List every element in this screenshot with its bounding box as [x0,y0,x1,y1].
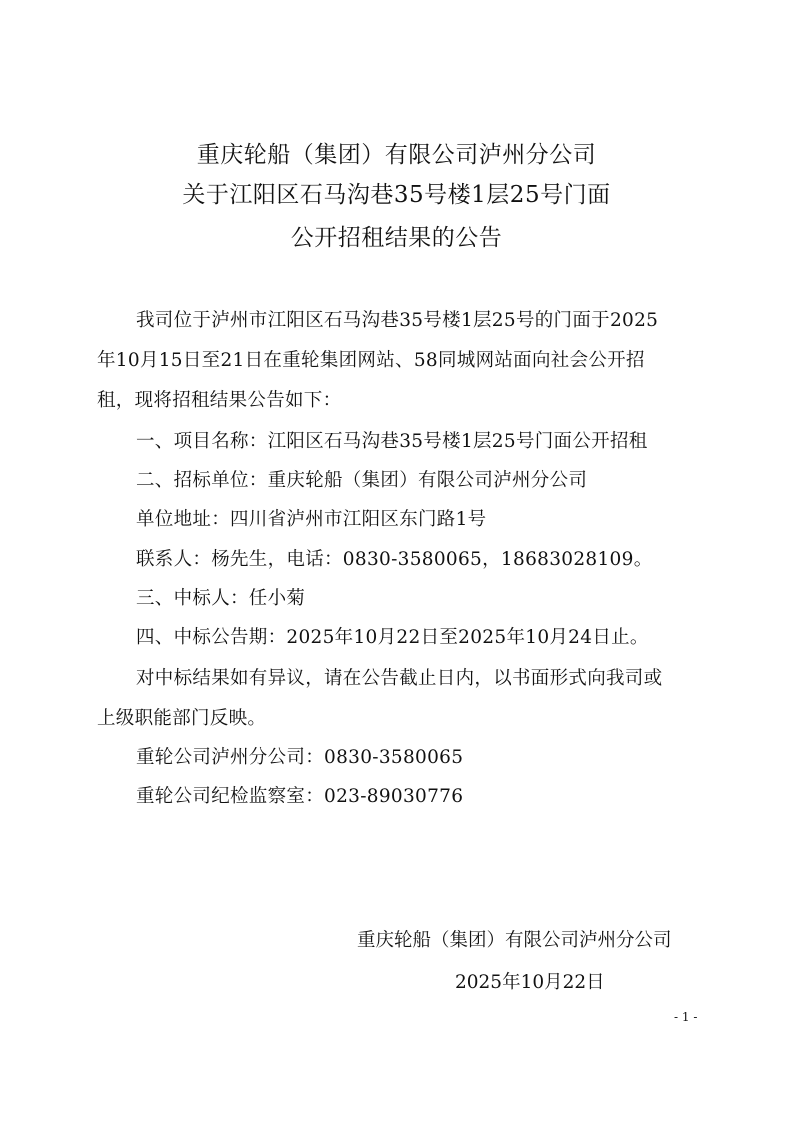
contact-branch-phone: 重轮公司泸州分公司：0830-3580065 [136,748,463,768]
item-notice-period: 四、中标公告期：2025年10月22日至2025年10月24日止。 [136,628,649,648]
objection-line-1: 对中标结果如有异议，请在公告截止日内，以书面形式向我司或 [136,669,662,689]
contact-discipline-phone: 重轮公司纪检监察室：023-89030776 [136,787,463,807]
page-number: - 1 - [674,1010,697,1024]
item-unit-address: 单位地址：四川省泸州市江阳区东门路1号 [136,510,486,530]
item-tender-unit: 二、招标单位：重庆轮船（集团）有限公司泸州分公司 [136,471,587,491]
title-line-1: 重庆轮船（集团）有限公司泸州分公司 [0,144,793,167]
objection-line-2: 上级职能部门反映。 [97,709,266,729]
title-line-3: 公开招租结果的公告 [0,227,793,250]
intro-line-1: 我司位于泸州市江阳区石马沟巷35号楼1层25号的门面于2025 [136,311,658,331]
signature-date: 2025年10月22日 [455,973,605,993]
title-line-2: 关于江阳区石马沟巷35号楼1层25号门面 [0,184,793,207]
item-winner: 三、中标人：任小菊 [136,589,305,609]
intro-line-3: 租，现将招租结果公告如下： [97,391,341,411]
item-contact: 联系人：杨先生，电话：0830-3580065，18683028109。 [136,550,653,570]
intro-line-2: 年10月15日至21日在重轮集团网站、58同城网站面向社会公开招 [97,351,645,371]
item-project-name: 一、项目名称：江阳区石马沟巷35号楼1层25号门面公开招租 [136,432,648,452]
signature-company: 重庆轮船（集团）有限公司泸州分公司 [357,931,672,951]
